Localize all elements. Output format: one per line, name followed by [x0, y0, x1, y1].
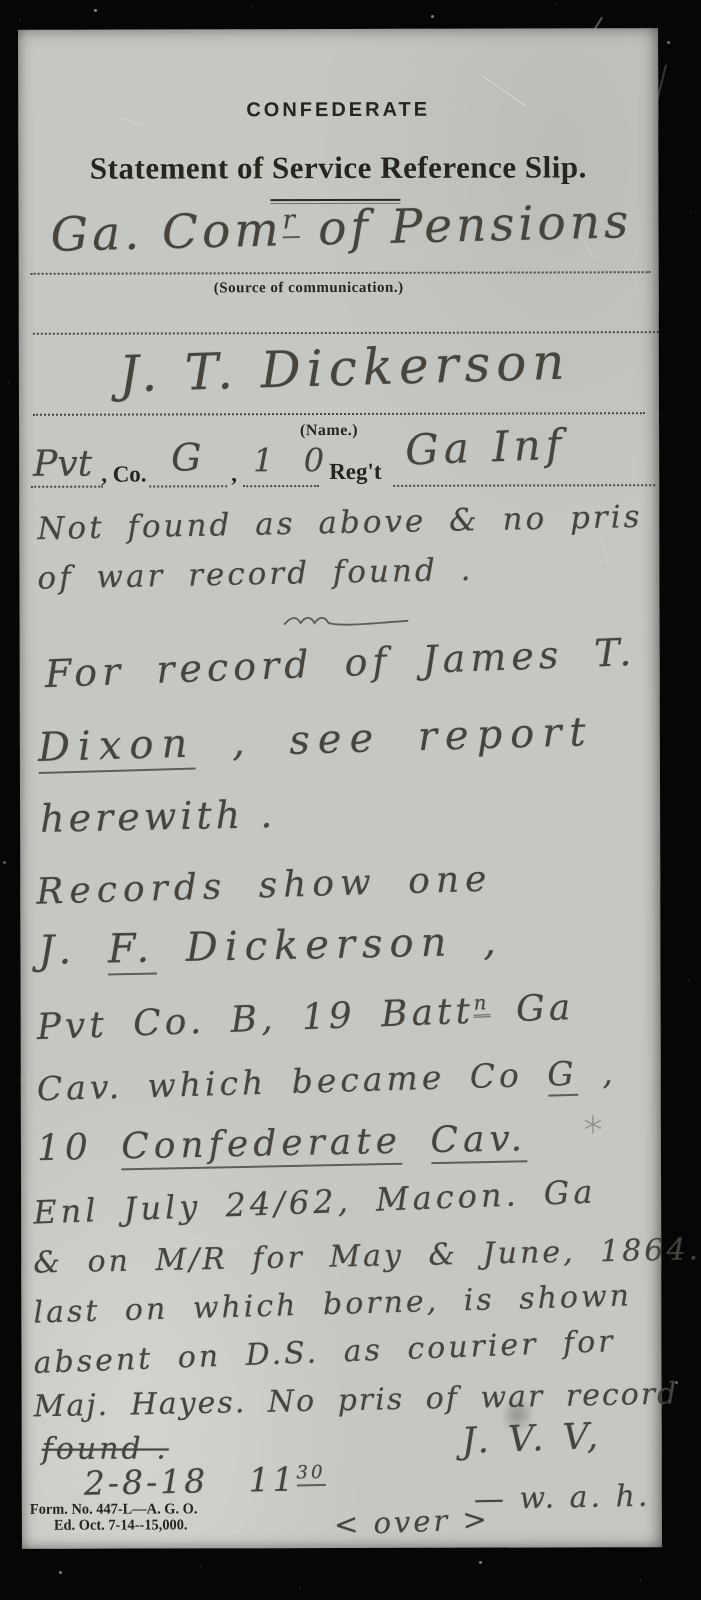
document-paper: CONFEDERATE Statement of Service Referen…	[18, 28, 662, 1549]
source-dotted-line	[31, 271, 651, 275]
paper-scratch	[601, 534, 608, 564]
note-line-6: Records show one	[36, 859, 493, 913]
source-caption: (Source of communication.)	[159, 280, 459, 298]
note-line-1: Not found as above & no pris	[37, 499, 643, 547]
note-line-8: Pvt Co. B, 19 Battn Ga	[36, 987, 575, 1048]
initials-handwriting: J. V. V,	[461, 1416, 603, 1462]
note-line-9-pre: Cav. which became Co	[36, 1055, 548, 1109]
note-line-4: Dixon , see report	[37, 709, 594, 771]
checker-handwriting: — w. a. h.	[474, 1479, 651, 1518]
regiment-number-handwriting: 1 0	[253, 441, 334, 479]
note-line-10-pre: 10	[37, 1126, 122, 1169]
note-line-9: Cav. which became Co G ,	[36, 1053, 617, 1109]
note-line-11: Enl July 24/62, Macon. Ga	[33, 1173, 598, 1232]
regiment-blank-line	[243, 485, 319, 487]
source-text: Ga. Com	[50, 202, 284, 262]
time-superscript: 30	[296, 1462, 326, 1487]
note-line-14: absent on D.S. as courier for	[33, 1324, 616, 1381]
underlined-name: Dixon	[37, 721, 196, 775]
note-line-10: 10 Confederate Cav.	[37, 1118, 528, 1169]
note-line-8-post: Ga	[490, 987, 575, 1031]
underlined-company: G	[547, 1054, 579, 1097]
form-title: Statement of Service Reference Slip.	[18, 149, 658, 187]
date-handwriting: 2-8-18 1130	[83, 1459, 326, 1503]
note-line-13: last on which borne, is shown	[33, 1278, 632, 1330]
film-speckles	[0, 0, 1, 1]
form-number: Form. No. 447-L—A. G. O.	[30, 1501, 198, 1518]
scanned-photo-stage: CONFEDERATE Statement of Service Referen…	[0, 0, 701, 1600]
note-line-10-mid	[402, 1120, 431, 1162]
rank-blank-line	[31, 486, 103, 488]
underlined-confederate: Confederate	[121, 1121, 403, 1171]
co-label: , Co.	[101, 462, 146, 488]
regt-label: Reg't	[329, 459, 381, 485]
note-line-2: of war record found .	[37, 552, 474, 597]
company-blank-line	[149, 485, 227, 487]
unit-handwriting: Ga Inf	[404, 420, 567, 475]
battalion-superscript: n	[473, 991, 491, 1018]
date-text: 2-8-18 11	[83, 1460, 296, 1503]
company-handwriting: G	[171, 435, 201, 479]
over-handwriting: < over >	[333, 1502, 490, 1542]
form-header: CONFEDERATE	[18, 98, 658, 123]
name-handwriting: J. T. Dickerson	[118, 332, 571, 403]
note-line-7: J. F. Dickerson ,	[38, 919, 503, 974]
name-dotted-line	[33, 412, 645, 416]
source-superscript: r	[282, 205, 299, 238]
underlined-cav: Cav.	[430, 1118, 527, 1164]
note-line-12: & on M/R for May & June, 1864.	[33, 1232, 701, 1280]
clerk-squiggle-icon	[282, 612, 412, 630]
rank-handwriting: Pvt	[33, 444, 92, 485]
source-handwriting: Ga. Comr of Pensions	[50, 194, 633, 263]
note-line-8-pre: Pvt Co. B, 19 Batt	[36, 991, 475, 1048]
note-line-9-post: ,	[577, 1053, 617, 1093]
unit-dotted-line	[393, 484, 655, 487]
note-line-5: herewith .	[40, 792, 277, 841]
pencil-mark-icon	[583, 1114, 603, 1134]
note-line-7-post: Dickerson ,	[156, 919, 504, 972]
source-text-rest: of Pensions	[299, 194, 633, 257]
note-line-3: For record of James T.	[44, 630, 637, 696]
underlined-initial: F.	[107, 925, 156, 975]
service-comma: ,	[231, 461, 237, 487]
form-edition: Ed. Oct. 7-14--15,000.	[54, 1517, 188, 1534]
note-line-4-rest: , see report	[195, 709, 595, 766]
note-line-7-pre: J.	[38, 926, 108, 973]
